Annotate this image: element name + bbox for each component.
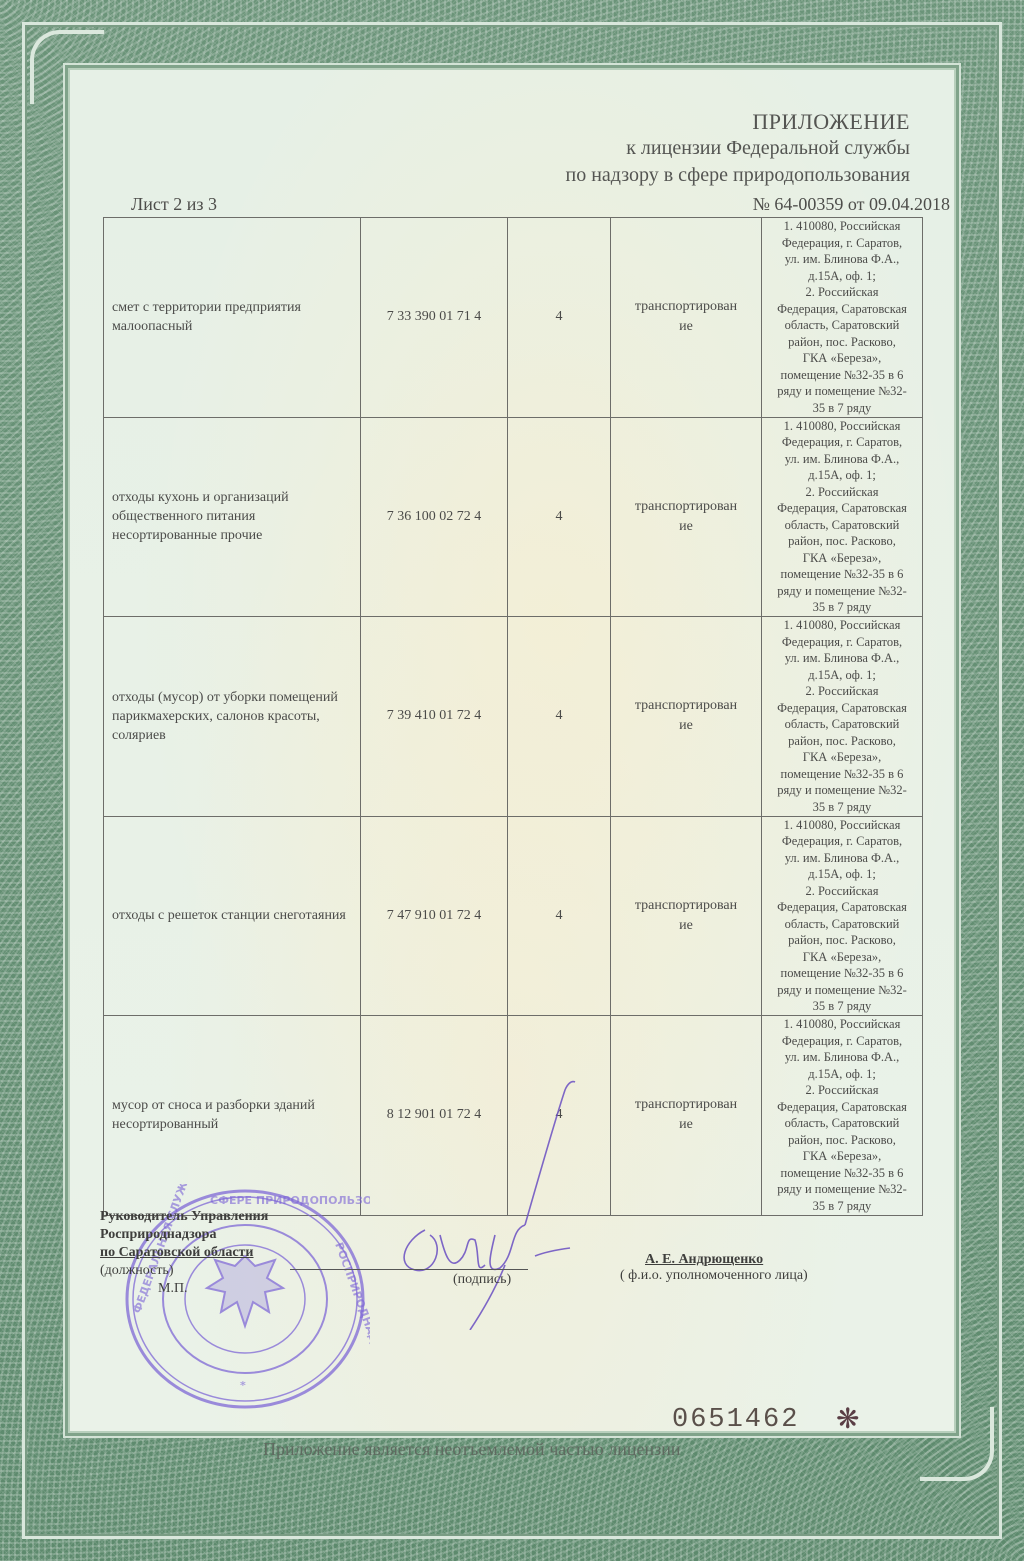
hazard-class-cell: 4 <box>508 1016 611 1216</box>
address-line: д.15А, оф. 1; <box>764 467 920 484</box>
fkko-code-cell: 8 12 901 01 72 4 <box>361 1016 508 1216</box>
address-line: 2. Российская <box>764 683 920 700</box>
activity-text-line: транспортирован <box>613 297 759 317</box>
activity-text-line: транспортирован <box>613 896 759 916</box>
signatory-block: Руководитель Управления Росприроднадзора… <box>100 1208 268 1298</box>
signatory-position-line-3: по Саратовской области <box>100 1244 268 1262</box>
address-line: ряду и помещение №32- <box>764 782 920 799</box>
address-line: 1. 410080, Российская <box>764 617 920 634</box>
address-line: область, Саратовский <box>764 916 920 933</box>
waste-name-cell: отходы кухонь и организаций общественног… <box>104 417 361 617</box>
signatory-position-line-2: Росприроднадзора <box>100 1226 268 1244</box>
waste-table: смет с территории предприятия малоопасны… <box>103 217 923 1216</box>
address-line: ул. им. Блинова Ф.А., <box>764 451 920 468</box>
sheet-label: Лист 2 из 3 <box>131 194 217 215</box>
waste-name-cell: смет с территории предприятия малоопасны… <box>104 218 361 418</box>
address-line: ГКА «Береза», <box>764 1148 920 1165</box>
svg-text:РОСПРИРОДНАДЗОР: РОСПРИРОДНАДЗОР <box>332 1241 370 1369</box>
activity-text-line: ие <box>613 517 759 537</box>
header-line-1: к лицензии Федеральной службы <box>566 135 911 162</box>
license-number: № 64-00359 от 09.04.2018 <box>753 194 950 215</box>
activity-cell: транспортирование <box>611 816 762 1016</box>
activity-cell: транспортирование <box>611 417 762 617</box>
address-line: 2. Российская <box>764 883 920 900</box>
address-line: Федерация, Саратовская <box>764 700 920 717</box>
address-line: ГКА «Береза», <box>764 949 920 966</box>
fkko-code-cell: 7 36 100 02 72 4 <box>361 417 508 617</box>
signature-caption: (подпись) <box>453 1272 511 1288</box>
address-line: ГКА «Береза», <box>764 550 920 567</box>
address-line: ряду и помещение №32- <box>764 982 920 999</box>
header-line-2: по надзору в сфере природопользования <box>566 162 911 189</box>
address-cell: 1. 410080, РоссийскаяФедерация, г. Сарат… <box>762 417 923 617</box>
address-line: Федерация, г. Саратов, <box>764 634 920 651</box>
official-name-block: А. Е. Андрющенко ( ф.и.о. уполномоченног… <box>620 1252 808 1284</box>
fkko-code-cell: 7 47 910 01 72 4 <box>361 816 508 1016</box>
signature-line <box>290 1269 528 1270</box>
hazard-class-cell: 4 <box>508 617 611 817</box>
address-line: помещение №32-35 в 6 <box>764 1165 920 1182</box>
table-row: смет с территории предприятия малоопасны… <box>104 218 923 418</box>
address-cell: 1. 410080, РоссийскаяФедерация, г. Сарат… <box>762 218 923 418</box>
address-line: ул. им. Блинова Ф.А., <box>764 251 920 268</box>
address-line: Федерация, Саратовская <box>764 500 920 517</box>
footer-note: Приложение является неотъемлемой частью … <box>263 1439 681 1460</box>
address-line: 2. Российская <box>764 284 920 301</box>
address-line: ул. им. Блинова Ф.А., <box>764 850 920 867</box>
table-row: отходы (мусор) от уборки помещений парик… <box>104 617 923 817</box>
address-line: ул. им. Блинова Ф.А., <box>764 650 920 667</box>
activity-text-line: ие <box>613 317 759 337</box>
table-row: отходы кухонь и организаций общественног… <box>104 417 923 617</box>
document: ПРИЛОЖЕНИЕ к лицензии Федеральной службы… <box>0 0 1024 1561</box>
address-line: помещение №32-35 в 6 <box>764 766 920 783</box>
address-line: область, Саратовский <box>764 517 920 534</box>
star-ornament-icon: ❋ <box>836 1402 859 1436</box>
address-line: Федерация, Саратовская <box>764 1099 920 1116</box>
activity-text-line: транспортирован <box>613 696 759 716</box>
waste-name-cell: отходы с решеток станции снеготаяния <box>104 816 361 1016</box>
address-cell: 1. 410080, РоссийскаяФедерация, г. Сарат… <box>762 816 923 1016</box>
address-line: помещение №32-35 в 6 <box>764 965 920 982</box>
address-line: область, Саратовский <box>764 716 920 733</box>
address-cell: 1. 410080, РоссийскаяФедерация, г. Сарат… <box>762 1016 923 1216</box>
hazard-class-cell: 4 <box>508 417 611 617</box>
address-cell: 1. 410080, РоссийскаяФедерация, г. Сарат… <box>762 617 923 817</box>
address-line: 35 в 7 ряду <box>764 799 920 816</box>
address-line: 35 в 7 ряду <box>764 998 920 1015</box>
address-line: 35 в 7 ряду <box>764 1198 920 1215</box>
address-line: 1. 410080, Российская <box>764 817 920 834</box>
activity-text-line: транспортирован <box>613 497 759 517</box>
signatory-position-line-1: Руководитель Управления <box>100 1208 268 1226</box>
official-name-caption: ( ф.и.о. уполномоченного лица) <box>620 1268 808 1284</box>
address-line: 2. Российская <box>764 1082 920 1099</box>
address-line: Федерация, г. Саратов, <box>764 833 920 850</box>
header-title: ПРИЛОЖЕНИЕ <box>566 108 911 135</box>
address-line: 35 в 7 ряду <box>764 400 920 417</box>
seal-mark: М.П. <box>158 1280 268 1298</box>
document-header: ПРИЛОЖЕНИЕ к лицензии Федеральной службы… <box>566 108 911 189</box>
hazard-class-cell: 4 <box>508 218 611 418</box>
address-line: 2. Российская <box>764 484 920 501</box>
address-line: д.15А, оф. 1; <box>764 268 920 285</box>
address-line: район, пос. Расково, <box>764 533 920 550</box>
activity-text-line: ие <box>613 716 759 736</box>
address-line: Федерация, г. Саратов, <box>764 434 920 451</box>
activity-text-line: ие <box>613 1115 759 1135</box>
activity-cell: транспортирование <box>611 1016 762 1216</box>
address-line: ряду и помещение №32- <box>764 383 920 400</box>
address-line: район, пос. Расково, <box>764 1132 920 1149</box>
activity-text-line: ие <box>613 916 759 936</box>
fkko-code-cell: 7 33 390 01 71 4 <box>361 218 508 418</box>
waste-name-cell: мусор от сноса и разборки зданий несорти… <box>104 1016 361 1216</box>
activity-cell: транспортирование <box>611 617 762 817</box>
address-line: помещение №32-35 в 6 <box>764 566 920 583</box>
address-line: район, пос. Расково, <box>764 733 920 750</box>
fkko-code-cell: 7 39 410 01 72 4 <box>361 617 508 817</box>
address-line: 1. 410080, Российская <box>764 418 920 435</box>
address-line: ГКА «Береза», <box>764 749 920 766</box>
serial-number: 0651462 <box>672 1405 799 1435</box>
activity-text-line: транспортирован <box>613 1095 759 1115</box>
address-line: д.15А, оф. 1; <box>764 667 920 684</box>
position-caption: (должность) <box>100 1262 268 1280</box>
table-row: мусор от сноса и разборки зданий несорти… <box>104 1016 923 1216</box>
address-line: район, пос. Расково, <box>764 932 920 949</box>
address-line: ГКА «Береза», <box>764 350 920 367</box>
address-line: ул. им. Блинова Ф.А., <box>764 1049 920 1066</box>
address-line: ряду и помещение №32- <box>764 1181 920 1198</box>
address-line: Федерация, г. Саратов, <box>764 1033 920 1050</box>
address-line: помещение №32-35 в 6 <box>764 367 920 384</box>
address-line: область, Саратовский <box>764 1115 920 1132</box>
activity-cell: транспортирование <box>611 218 762 418</box>
official-name: А. Е. Андрющенко <box>645 1252 808 1268</box>
address-line: 1. 410080, Российская <box>764 1016 920 1033</box>
address-line: д.15А, оф. 1; <box>764 1066 920 1083</box>
address-line: 1. 410080, Российская <box>764 218 920 235</box>
waste-name-cell: отходы (мусор) от уборки помещений парик… <box>104 617 361 817</box>
table-row: отходы с решеток станции снеготаяния7 47… <box>104 816 923 1016</box>
address-line: Федерация, г. Саратов, <box>764 235 920 252</box>
address-line: Федерация, Саратовская <box>764 301 920 318</box>
address-line: Федерация, Саратовская <box>764 899 920 916</box>
address-line: район, пос. Расково, <box>764 334 920 351</box>
address-line: д.15А, оф. 1; <box>764 866 920 883</box>
svg-text:*: * <box>240 1379 246 1392</box>
address-line: ряду и помещение №32- <box>764 583 920 600</box>
hazard-class-cell: 4 <box>508 816 611 1016</box>
address-line: область, Саратовский <box>764 317 920 334</box>
address-line: 35 в 7 ряду <box>764 599 920 616</box>
